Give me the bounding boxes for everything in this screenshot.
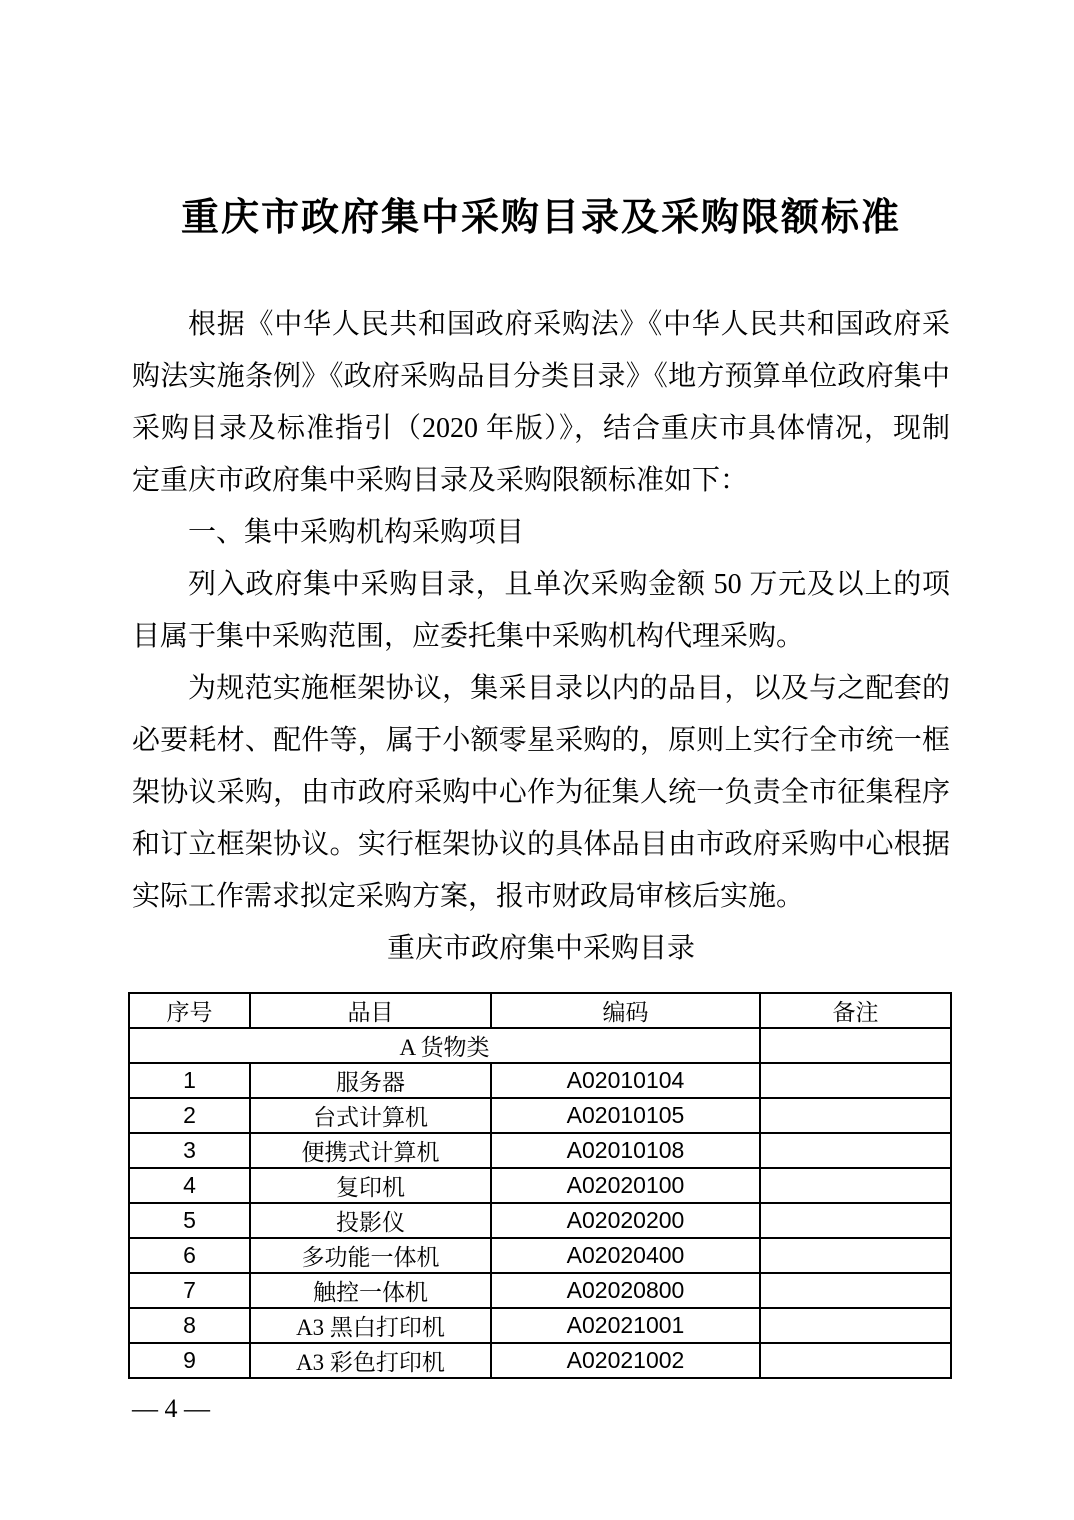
cell-remark <box>760 1308 951 1343</box>
header-code: 编码 <box>491 993 760 1028</box>
section-label: A 货物类 <box>129 1028 760 1063</box>
table-caption: 重庆市政府集中采购目录 <box>132 923 950 975</box>
cell-remark <box>760 1063 951 1098</box>
paragraph-framework: 为规范实施框架协议，集采目录以内的品目，以及与之配套的必要耗材、配件等，属于小额… <box>132 663 950 923</box>
cell-code: A02020200 <box>491 1203 760 1238</box>
header-no: 序号 <box>129 993 250 1028</box>
cell-item: A3 彩色打印机 <box>250 1343 491 1378</box>
table-row: 4 复印机 A02020100 <box>129 1168 951 1203</box>
cell-code: A02020800 <box>491 1273 760 1308</box>
section-remark <box>760 1028 951 1063</box>
cell-no: 7 <box>129 1273 250 1308</box>
cell-remark <box>760 1098 951 1133</box>
cell-no: 8 <box>129 1308 250 1343</box>
table-row: 8 A3 黑白打印机 A02021001 <box>129 1308 951 1343</box>
cell-code: A02010104 <box>491 1063 760 1098</box>
table-row: 5 投影仪 A02020200 <box>129 1203 951 1238</box>
cell-item: 台式计算机 <box>250 1098 491 1133</box>
cell-item: 多功能一体机 <box>250 1238 491 1273</box>
cell-no: 5 <box>129 1203 250 1238</box>
page-number: — 4 — <box>132 1393 950 1425</box>
table-row: 7 触控一体机 A02020800 <box>129 1273 951 1308</box>
page-content: 重庆市政府集中采购目录及采购限额标准 根据《中华人民共和国政府采购法》《中华人民… <box>132 0 950 1425</box>
cell-remark <box>760 1343 951 1378</box>
cell-item: 复印机 <box>250 1168 491 1203</box>
cell-remark <box>760 1238 951 1273</box>
cell-item: 投影仪 <box>250 1203 491 1238</box>
table-row: 1 服务器 A02010104 <box>129 1063 951 1098</box>
paragraph-threshold: 列入政府集中采购目录，且单次采购金额 50 万元及以上的项目属于集中采购范围，应… <box>132 559 950 663</box>
table-row: 3 便携式计算机 A02010108 <box>129 1133 951 1168</box>
cell-no: 6 <box>129 1238 250 1273</box>
header-item: 品目 <box>250 993 491 1028</box>
cell-code: A02021001 <box>491 1308 760 1343</box>
table-row: 9 A3 彩色打印机 A02021002 <box>129 1343 951 1378</box>
table-row: 6 多功能一体机 A02020400 <box>129 1238 951 1273</box>
cell-remark <box>760 1168 951 1203</box>
table-header-row: 序号 品目 编码 备注 <box>129 993 951 1028</box>
cell-item: 触控一体机 <box>250 1273 491 1308</box>
cell-remark <box>760 1133 951 1168</box>
cell-code: A02021002 <box>491 1343 760 1378</box>
document-title: 重庆市政府集中采购目录及采购限额标准 <box>132 197 950 239</box>
cell-remark <box>760 1273 951 1308</box>
header-remark: 备注 <box>760 993 951 1028</box>
cell-remark <box>760 1203 951 1238</box>
body-text: 根据《中华人民共和国政府采购法》《中华人民共和国政府采购法实施条例》《政府采购品… <box>132 299 950 975</box>
cell-code: A02010105 <box>491 1098 760 1133</box>
section-heading-1: 一、集中采购机构采购项目 <box>132 507 950 559</box>
cell-code: A02020100 <box>491 1168 760 1203</box>
cell-no: 2 <box>129 1098 250 1133</box>
table-section-row: A 货物类 <box>129 1028 951 1063</box>
document-page: 重庆市政府集中采购目录及采购限额标准 根据《中华人民共和国政府采购法》《中华人民… <box>0 0 1074 1520</box>
cell-code: A02020400 <box>491 1238 760 1273</box>
table-row: 2 台式计算机 A02010105 <box>129 1098 951 1133</box>
cell-item: A3 黑白打印机 <box>250 1308 491 1343</box>
cell-item: 服务器 <box>250 1063 491 1098</box>
cell-item: 便携式计算机 <box>250 1133 491 1168</box>
cell-no: 1 <box>129 1063 250 1098</box>
cell-no: 3 <box>129 1133 250 1168</box>
procurement-catalog-table: 序号 品目 编码 备注 A 货物类 1 服务器 A02010104 2 台式计算… <box>128 992 952 1379</box>
cell-no: 4 <box>129 1168 250 1203</box>
cell-no: 9 <box>129 1343 250 1378</box>
paragraph-basis: 根据《中华人民共和国政府采购法》《中华人民共和国政府采购法实施条例》《政府采购品… <box>132 299 950 507</box>
cell-code: A02010108 <box>491 1133 760 1168</box>
